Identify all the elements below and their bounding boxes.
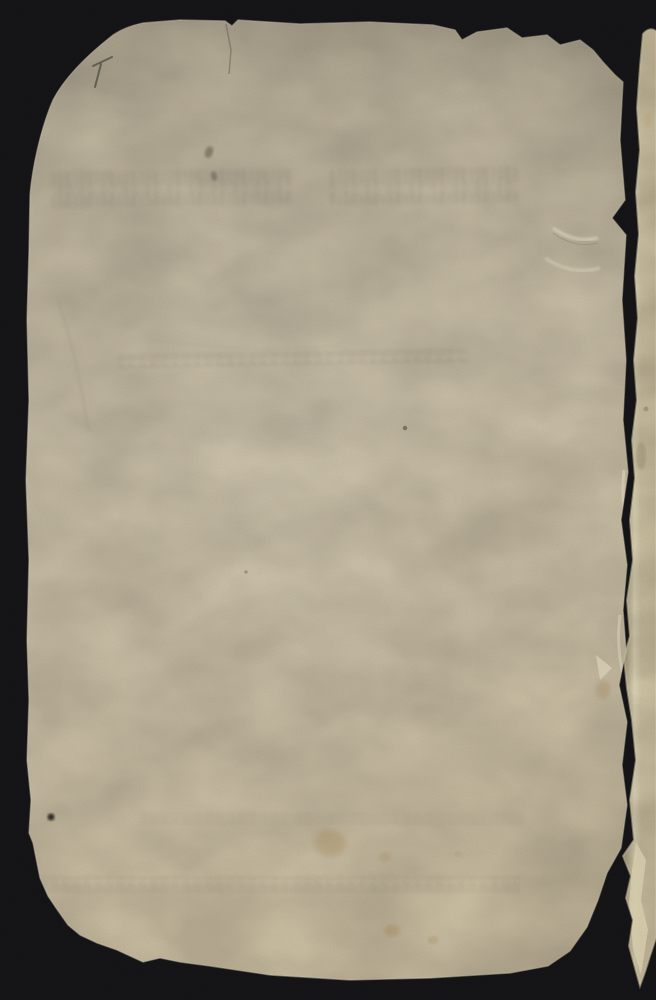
book-scan-svg (0, 0, 656, 1000)
film-grain (0, 0, 656, 1000)
grain-dark (0, 0, 656, 1000)
book-scan-photo (0, 0, 656, 1000)
